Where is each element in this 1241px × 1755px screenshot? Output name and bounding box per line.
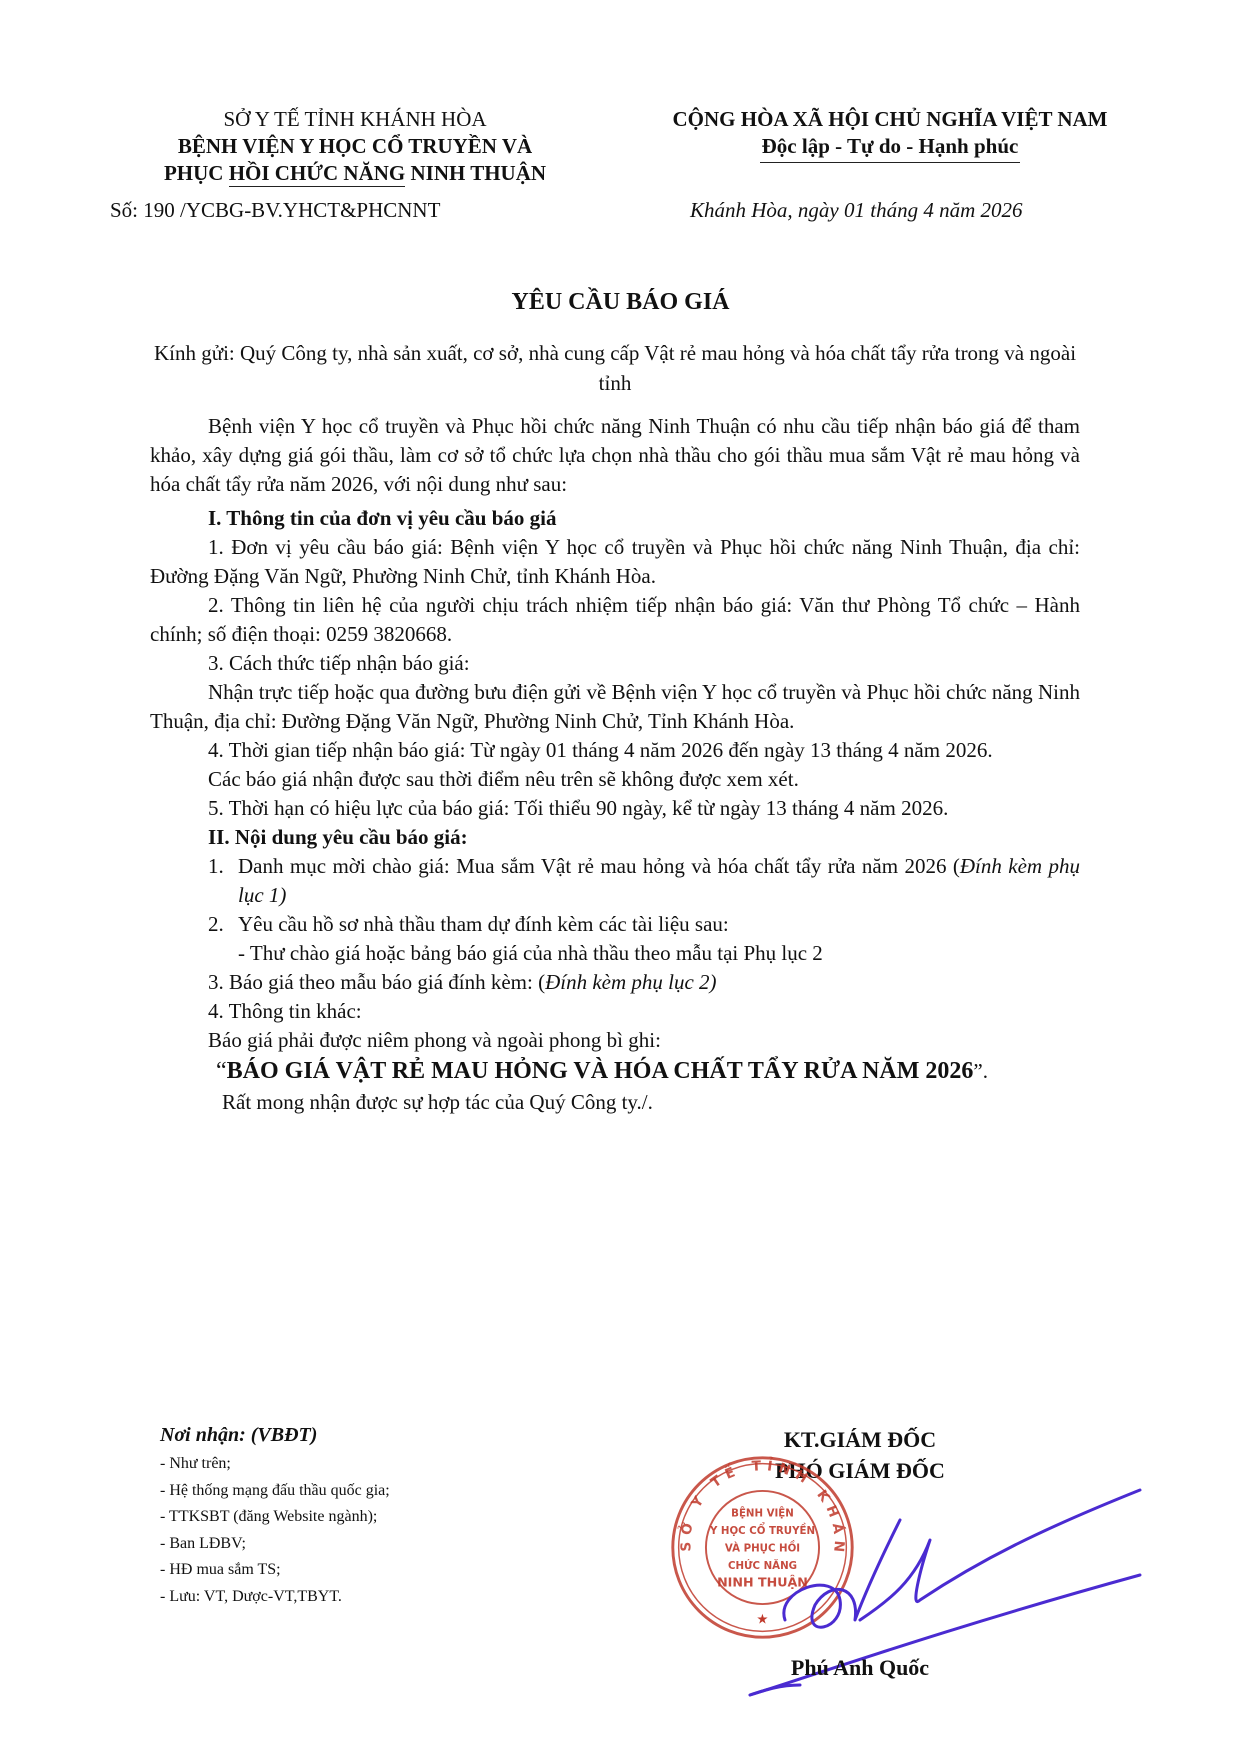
section-2-item-2-sub: - Thư chào giá hoặc bảng báo giá của nhà…: [150, 939, 1080, 968]
recipients-heading: Nơi nhận: (VBĐT): [160, 1424, 390, 1447]
recipient-salutation: Kính gửi: Quý Công ty, nhà sản xuất, cơ …: [150, 338, 1080, 398]
recipient-item: - Ban LĐBV;: [160, 1531, 390, 1558]
section-2-heading: II. Nội dung yêu cầu báo giá:: [150, 823, 1080, 852]
section-1-item-4: 4. Thời gian tiếp nhận báo giá: Từ ngày …: [150, 736, 1080, 765]
document-number: Số: 190 /YCBG-BV.YHCT&PHCNNT: [110, 198, 440, 223]
section-1-item-3-detail: Nhận trực tiếp hoặc qua đường bưu điện g…: [150, 678, 1080, 736]
section-1-item-5: 5. Thời hạn có hiệu lực của báo giá: Tối…: [150, 794, 1080, 823]
national-header: CỘNG HÒA XÃ HỘI CHỦ NGHĨA VIỆT NAM Độc l…: [610, 106, 1170, 163]
section-1-item-2: 2. Thông tin liên hệ của người chịu trác…: [150, 591, 1080, 649]
intro-paragraph: Bệnh viện Y học cổ truyền và Phục hồi ch…: [150, 412, 1080, 499]
recipient-item: - HĐ mua sắm TS;: [160, 1557, 390, 1584]
section-2-item-4: 4. Thông tin khác:: [150, 997, 1080, 1026]
section-2-item-2: 2. Yêu cầu hồ sơ nhà thầu tham dự đính k…: [150, 910, 1080, 939]
document-title: YÊU CẦU BÁO GIÁ: [0, 289, 1241, 316]
section-2-item-3: 3. Báo giá theo mẫu báo giá đính kèm: (Đ…: [150, 968, 1080, 997]
hospital-name-line2: PHỤC HỒI CHỨC NĂNG NINH THUẬN: [100, 160, 610, 187]
recipient-item: - Lưu: VT, Dược-VT,TBYT.: [160, 1584, 390, 1611]
hospital-name-line1: BỆNH VIỆN Y HỌC CỔ TRUYỀN VÀ: [100, 133, 610, 160]
section-2-item-1: 1. Danh mục mời chào giá: Mua sắm Vật rẻ…: [150, 852, 1080, 910]
recipient-item: - TTKSBT (đăng Website ngành);: [160, 1504, 390, 1531]
section-1-item-4-note: Các báo giá nhận được sau thời điểm nêu …: [150, 765, 1080, 794]
document-body: Bệnh viện Y học cổ truyền và Phục hồi ch…: [150, 412, 1080, 1117]
department-name: SỞ Y TẾ TỈNH KHÁNH HÒA: [100, 106, 610, 133]
country-name: CỘNG HÒA XÃ HỘI CHỦ NGHĨA VIỆT NAM: [610, 106, 1170, 133]
place-and-date: Khánh Hòa, ngày 01 tháng 4 năm 2026: [690, 198, 1023, 223]
section-1-item-1: 1. Đơn vị yêu cầu báo giá: Bệnh viện Y h…: [150, 533, 1080, 591]
section-1-item-3: 3. Cách thức tiếp nhận báo giá:: [150, 649, 1080, 678]
section-2-item-4-detail: Báo giá phải được niêm phong và ngoài ph…: [150, 1026, 1080, 1055]
recipient-item: - Hệ thống mạng đấu thầu quốc gia;: [160, 1478, 390, 1505]
national-motto: Độc lập - Tự do - Hạnh phúc: [760, 133, 1021, 163]
signer-name: Phú Anh Quốc: [660, 1655, 1060, 1681]
recipient-item: - Như trên;: [160, 1451, 390, 1478]
recipients-list: Nơi nhận: (VBĐT) - Như trên; - Hệ thống …: [160, 1424, 390, 1610]
section-1-heading: I. Thông tin của đơn vị yêu cầu báo giá: [150, 504, 1080, 533]
envelope-label: “BÁO GIÁ VẬT RẺ MAU HỎNG VÀ HÓA CHẤT TẨY…: [150, 1055, 1080, 1088]
closing-line: Rất mong nhận được sự hợp tác của Quý Cô…: [150, 1088, 1080, 1117]
issuing-organization: SỞ Y TẾ TỈNH KHÁNH HÒA BỆNH VIỆN Y HỌC C…: [100, 106, 610, 187]
underlined-segment: HỒI CHỨC NĂNG: [229, 161, 406, 187]
